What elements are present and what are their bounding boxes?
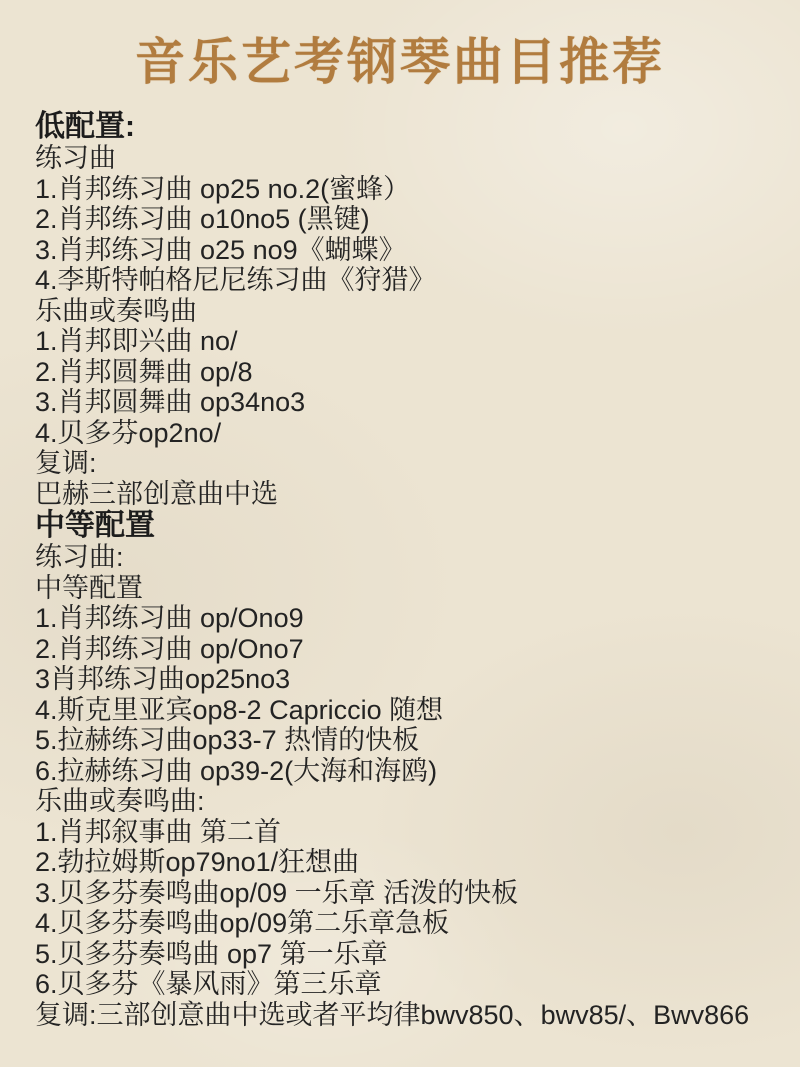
list-item: 5.拉赫练习曲op33-7 热情的快板 xyxy=(35,725,770,756)
content: 低配置: 练习曲 1.肖邦练习曲 op25 no.2(蜜蜂） 2.肖邦练习曲 o… xyxy=(0,110,800,1030)
page-title: 音乐艺考钢琴曲目推荐 xyxy=(0,30,800,94)
list-item: 5.贝多芬奏鸣曲 op7 第一乐章 xyxy=(35,939,770,970)
list-item: 4.贝多芬op2no/ xyxy=(35,418,770,449)
list-item: 6.拉赫练习曲 op39-2(大海和海鸥) xyxy=(35,756,770,787)
section-lines-low-config: 练习曲 1.肖邦练习曲 op25 no.2(蜜蜂） 2.肖邦练习曲 o10no5… xyxy=(35,143,770,509)
list-item: 1.肖邦练习曲 op/Ono9 xyxy=(35,603,770,634)
section-heading-medium-config: 中等配置 xyxy=(35,509,770,542)
list-item: 2.肖邦练习曲 op/Ono7 xyxy=(35,634,770,665)
section-lines-medium-config: 练习曲: 中等配置 1.肖邦练习曲 op/Ono9 2.肖邦练习曲 op/Ono… xyxy=(35,542,770,1030)
list-item: 4.斯克里亚宾op8-2 Capriccio 随想 xyxy=(35,695,770,726)
list-item: 2.肖邦圆舞曲 op/8 xyxy=(35,357,770,388)
section-low-config: 低配置: 练习曲 1.肖邦练习曲 op25 no.2(蜜蜂） 2.肖邦练习曲 o… xyxy=(35,110,770,509)
list-item: 乐曲或奏鸣曲 xyxy=(35,296,770,327)
list-item: 乐曲或奏鸣曲: xyxy=(35,786,770,817)
list-item: 3.肖邦练习曲 o25 no9《蝴蝶》 xyxy=(35,235,770,266)
list-item: 中等配置 xyxy=(35,573,770,604)
list-item: 1.肖邦即兴曲 no/ xyxy=(35,326,770,357)
list-item: 复调:三部创意曲中选或者平均律bwv850、bwv85/、Bwv866 xyxy=(35,1000,770,1031)
list-item: 3.贝多芬奏鸣曲op/09 一乐章 活泼的快板 xyxy=(35,878,770,909)
list-item: 练习曲 xyxy=(35,143,770,174)
list-item: 3肖邦练习曲op25no3 xyxy=(35,664,770,695)
list-item: 练习曲: xyxy=(35,542,770,573)
list-item: 4.贝多芬奏鸣曲op/09第二乐章急板 xyxy=(35,908,770,939)
page: 音乐艺考钢琴曲目推荐 低配置: 练习曲 1.肖邦练习曲 op25 no.2(蜜蜂… xyxy=(0,0,800,1067)
list-item: 1.肖邦练习曲 op25 no.2(蜜蜂） xyxy=(35,174,770,205)
list-item: 复调: xyxy=(35,448,770,479)
list-item: 1.肖邦叙事曲 第二首 xyxy=(35,817,770,848)
list-item: 4.李斯特帕格尼尼练习曲《狩猎》 xyxy=(35,265,770,296)
list-item: 2.肖邦练习曲 o10no5 (黑键) xyxy=(35,204,770,235)
section-heading-low-config: 低配置: xyxy=(35,110,770,143)
list-item: 3.肖邦圆舞曲 op34no3 xyxy=(35,387,770,418)
list-item: 6.贝多芬《暴风雨》第三乐章 xyxy=(35,969,770,1000)
list-item: 2.勃拉姆斯op79no1/狂想曲 xyxy=(35,847,770,878)
section-medium-config: 中等配置 练习曲: 中等配置 1.肖邦练习曲 op/Ono9 2.肖邦练习曲 o… xyxy=(35,509,770,1030)
list-item: 巴赫三部创意曲中选 xyxy=(35,479,770,510)
